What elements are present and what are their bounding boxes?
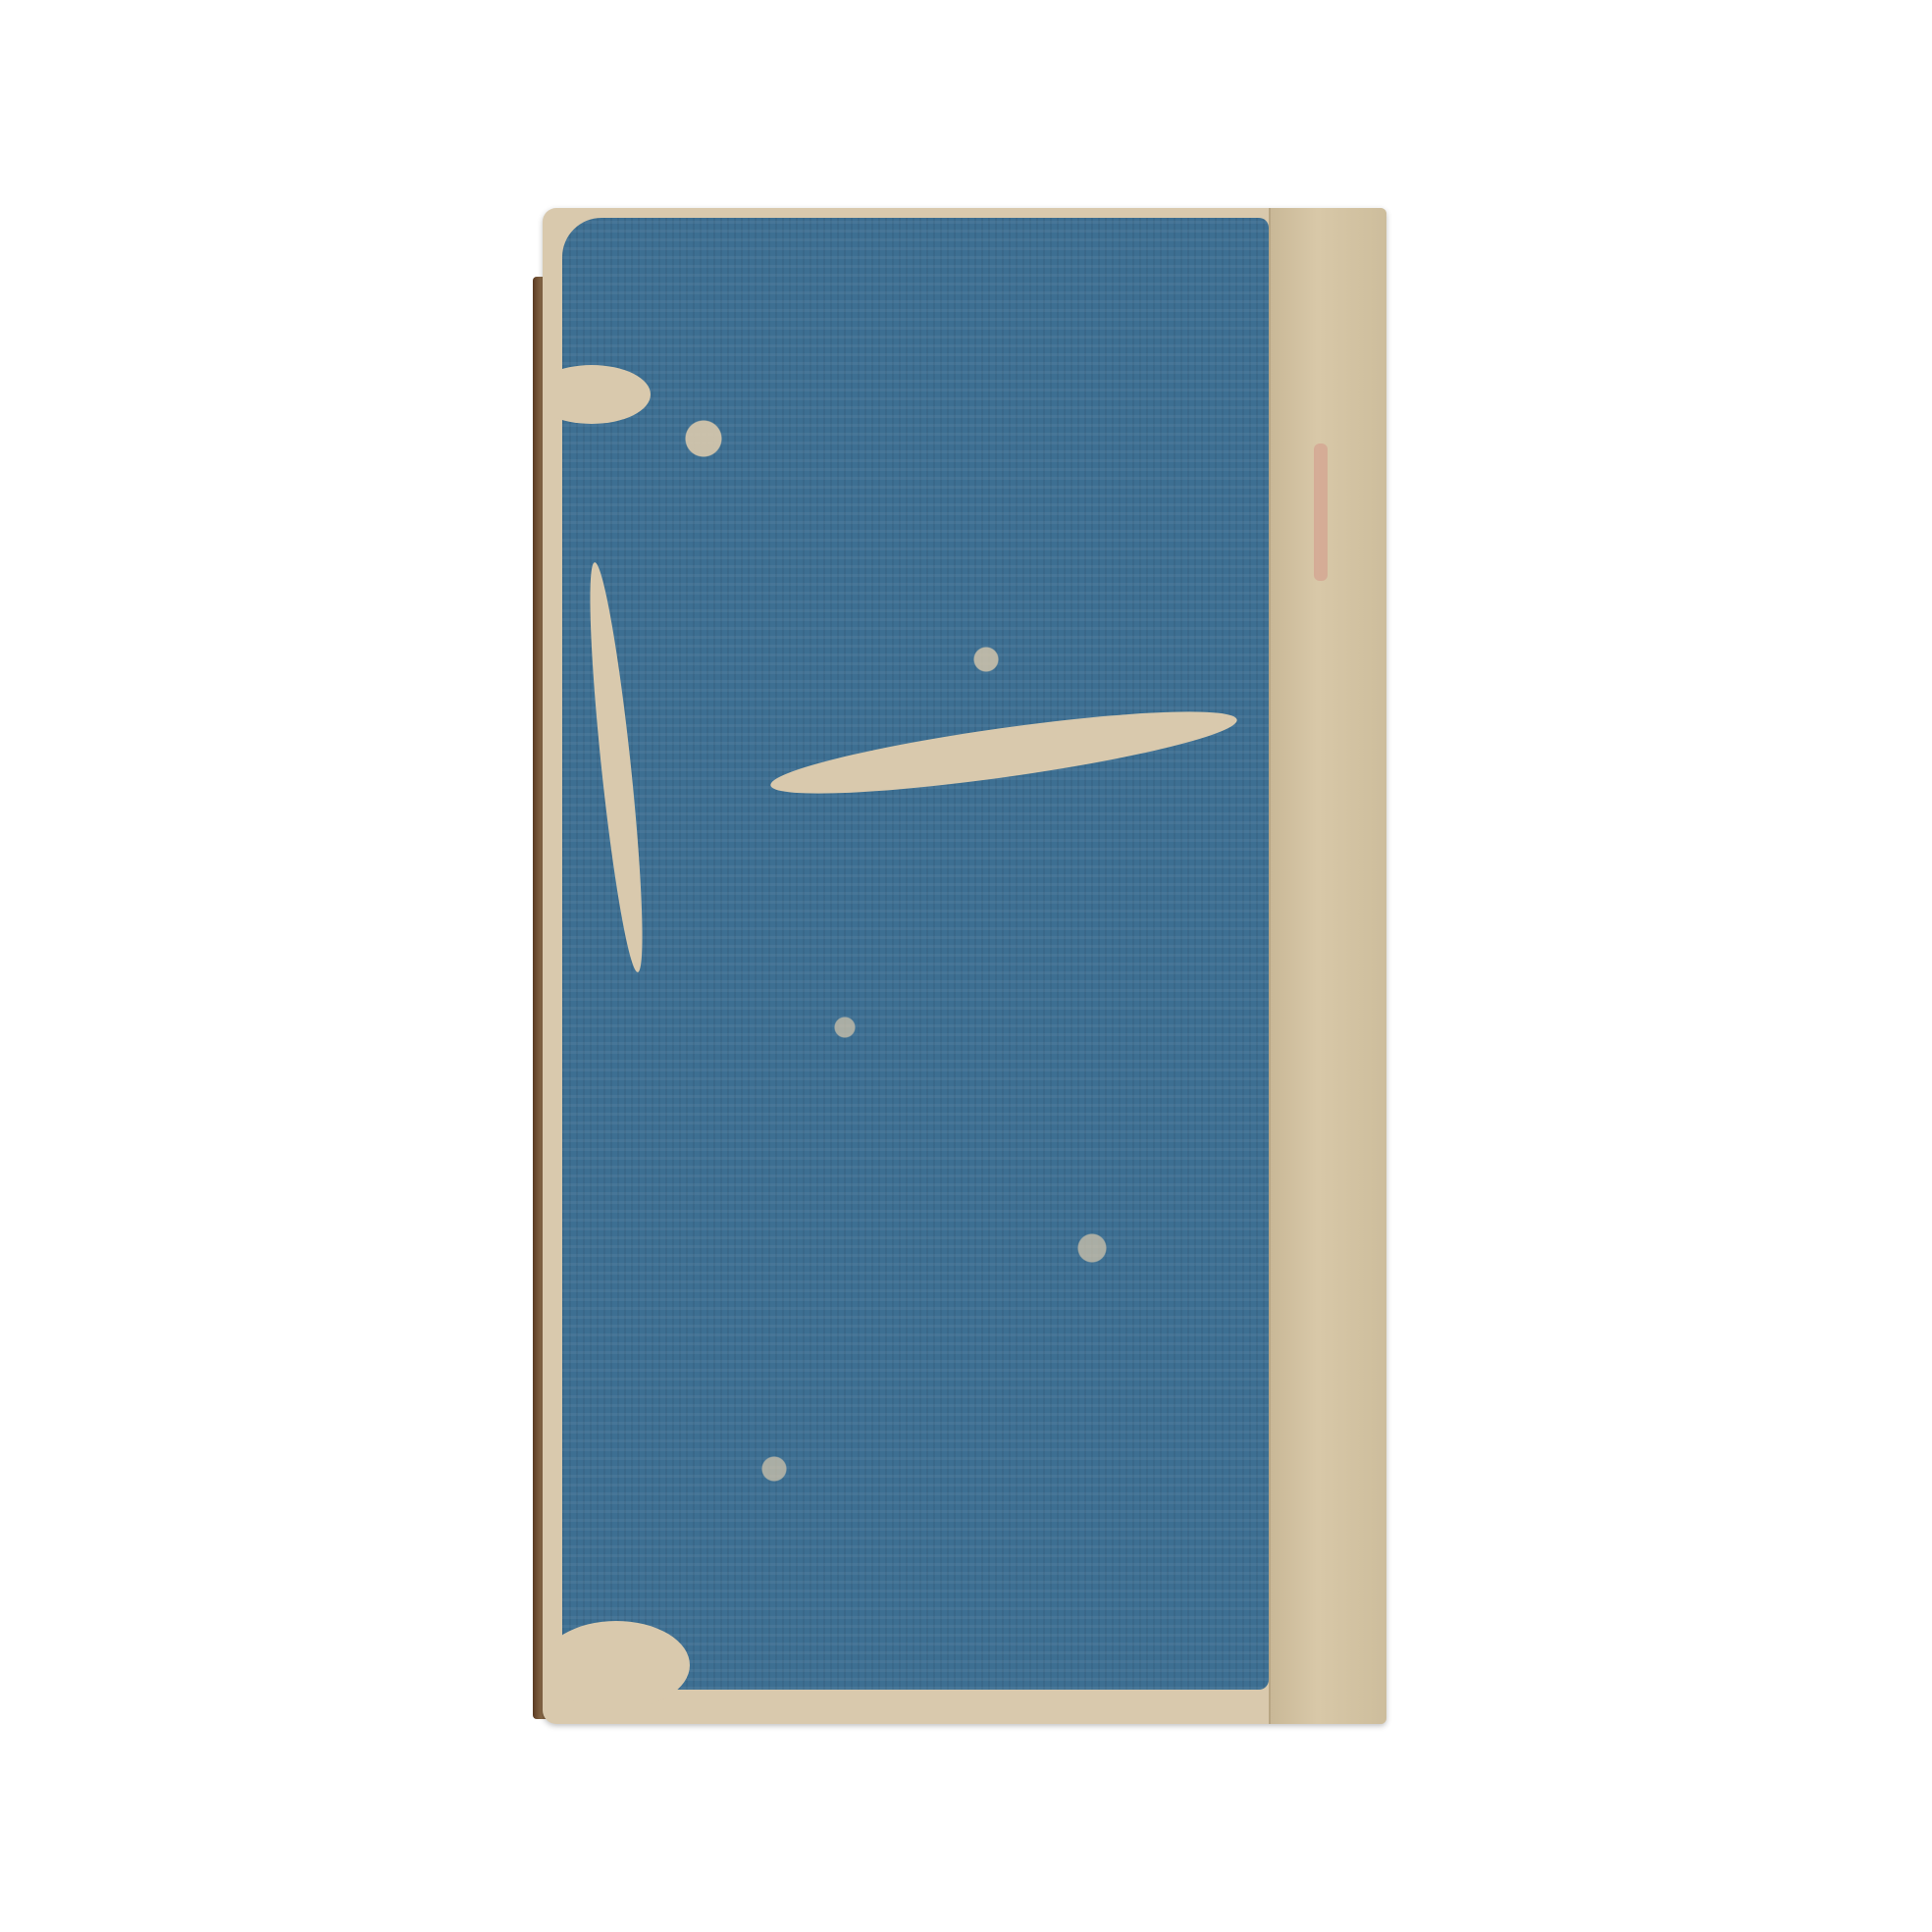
cover-tear — [543, 1621, 690, 1709]
book — [533, 208, 1406, 1724]
book-cover — [543, 208, 1386, 1724]
blue-cloth-cover — [562, 218, 1269, 1690]
spine-stain — [1314, 444, 1328, 581]
book-spine — [1269, 208, 1386, 1724]
